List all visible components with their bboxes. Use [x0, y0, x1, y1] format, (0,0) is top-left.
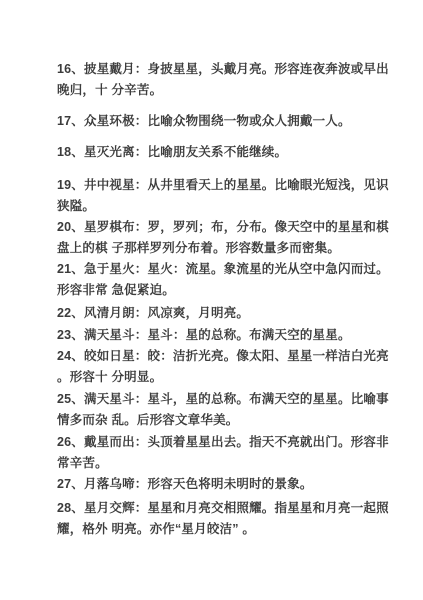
- text-line: 18、星灭光离：比喻朋友关系不能继续。: [57, 142, 393, 163]
- text-line: 耀，格外 明亮。亦作“星月皎洁” 。: [57, 519, 393, 540]
- text-line: 狭隘。: [57, 196, 393, 217]
- idiom-glossary-list: 16、披星戴月：身披星星，头戴月亮。形容连夜奔波或早出 晚归，十 分辛苦。 17…: [57, 59, 393, 540]
- text-line: 21、急于星火：星火：流星。象流星的光从空中急闪而过。: [57, 259, 393, 280]
- list-item-24: 24、皎如日星：皎：洁折光亮。像太阳、星星一样洁白光亮 。形容十 分明显。: [57, 346, 393, 388]
- document-page: 16、披星戴月：身披星星，头戴月亮。形容连夜奔波或早出 晚归，十 分辛苦。 17…: [0, 0, 423, 600]
- text-line: 情多而杂 乱。后形容文章华美。: [57, 410, 393, 431]
- list-item-19: 19、井中视星：从井里看天上的星星。比喻眼光短浅，见识 狭隘。: [57, 175, 393, 217]
- text-line: 形容非常 急促紧迫。: [57, 280, 393, 301]
- list-item-26: 26、戴星而出：头顶着星星出去。指天不亮就出门。形容非 常辛苦。: [57, 432, 393, 474]
- list-item-20: 20、星罗棋布：罗，罗列；布，分布。像天空中的星星和棋 盘上的棋 子那样罗列分布…: [57, 217, 393, 259]
- text-line: 。形容十 分明显。: [57, 367, 393, 388]
- text-line: 盘上的棋 子那样罗列分布着。形容数量多而密集。: [57, 238, 393, 259]
- text-line: 晚归，十 分辛苦。: [57, 80, 393, 101]
- list-item-25: 25、满天星斗：星斗，星的总称。布满天空的星星。比喻事 情多而杂 乱。后形容文章…: [57, 389, 393, 431]
- list-item-18: 18、星灭光离：比喻朋友关系不能继续。: [57, 142, 393, 163]
- text-line: 19、井中视星：从井里看天上的星星。比喻眼光短浅，见识: [57, 175, 393, 196]
- text-line: 23、满天星斗：星斗：星的总称。布满天空的星星。: [57, 325, 393, 346]
- text-line: 27、月落乌啼：形容天色将明未明时的景象。: [57, 474, 393, 495]
- list-item-22: 22、风清月朗：风凉爽，月明亮。: [57, 303, 393, 324]
- text-line: 16、披星戴月：身披星星，头戴月亮。形容连夜奔波或早出: [57, 59, 393, 80]
- text-line: 20、星罗棋布：罗，罗列；布，分布。像天空中的星星和棋: [57, 217, 393, 238]
- text-line: 22、风清月朗：风凉爽，月明亮。: [57, 303, 393, 324]
- list-item-16: 16、披星戴月：身披星星，头戴月亮。形容连夜奔波或早出 晚归，十 分辛苦。: [57, 59, 393, 101]
- list-item-27: 27、月落乌啼：形容天色将明未明时的景象。: [57, 474, 393, 495]
- list-item-28: 28、星月交辉：星星和月亮交相照耀。指星星和月亮一起照 耀，格外 明亮。亦作“星…: [57, 498, 393, 540]
- list-item-23: 23、满天星斗：星斗：星的总称。布满天空的星星。: [57, 325, 393, 346]
- text-line: 26、戴星而出：头顶着星星出去。指天不亮就出门。形容非: [57, 432, 393, 453]
- list-item-21: 21、急于星火：星火：流星。象流星的光从空中急闪而过。 形容非常 急促紧迫。: [57, 259, 393, 301]
- text-line: 28、星月交辉：星星和月亮交相照耀。指星星和月亮一起照: [57, 498, 393, 519]
- text-line: 17、众星环极：比喻众物围绕一物或众人拥戴一人。: [57, 111, 393, 132]
- list-item-17: 17、众星环极：比喻众物围绕一物或众人拥戴一人。: [57, 111, 393, 132]
- text-line: 常辛苦。: [57, 453, 393, 474]
- text-line: 25、满天星斗：星斗，星的总称。布满天空的星星。比喻事: [57, 389, 393, 410]
- text-line: 24、皎如日星：皎：洁折光亮。像太阳、星星一样洁白光亮: [57, 346, 393, 367]
